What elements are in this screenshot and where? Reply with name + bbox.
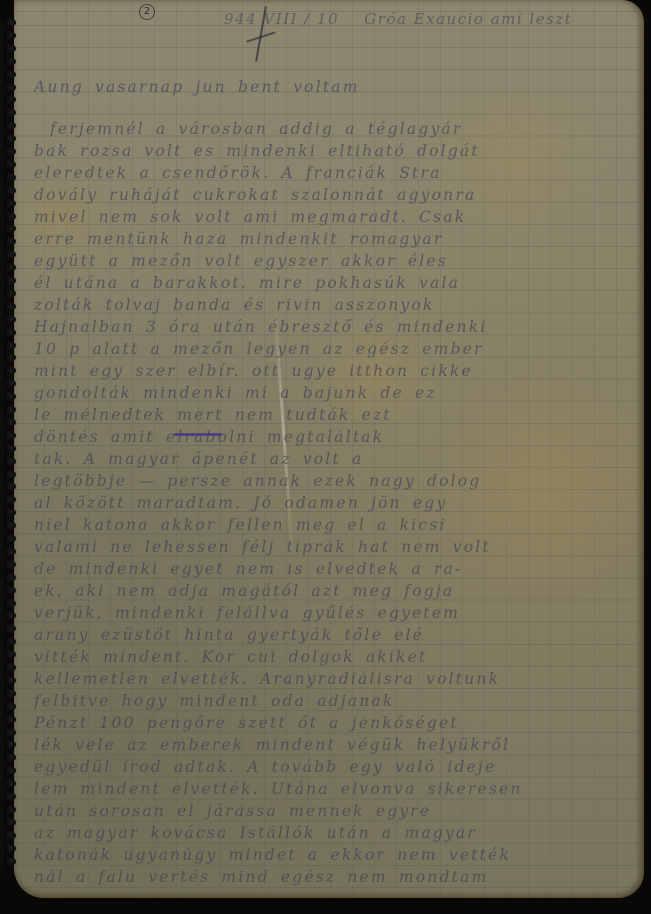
spiral-coil (2, 663, 16, 672)
text-line: erre mentünk haza mindenkit romagyar (34, 230, 639, 248)
spiral-coil (2, 431, 16, 440)
spiral-coil (2, 753, 16, 762)
text-line: ferjemnél a városban addig a téglagyár (50, 120, 644, 138)
text-line: le mélnedtek mert nem tudták ezt (34, 406, 639, 424)
spiral-coil (2, 328, 16, 337)
spiral-coil (2, 173, 16, 182)
purple-dash-mark (174, 433, 222, 436)
spiral-coil (2, 470, 16, 479)
scan-frame: 2 944 VIII / 10 Gróa Exaucio ami leszt A… (0, 0, 651, 914)
spiral-coil (2, 289, 16, 298)
text-line: az magyar kovácsa Istállók után a magyar (34, 824, 639, 842)
spiral-coil (2, 573, 16, 582)
text-line: felbitve hogy mindent oda adjanak (34, 692, 639, 710)
text-line: Hajnalban 3 óra után ébresztő és mindenk… (34, 318, 639, 336)
spiral-coil (2, 405, 16, 414)
spiral-coil (2, 121, 16, 130)
spiral-coil (2, 18, 16, 27)
spiral-coil (2, 353, 16, 362)
spiral-coil (2, 224, 16, 233)
spiral-binding (0, 18, 24, 868)
text-line: dovály ruháját cukrokat szalonnát agyonr… (34, 186, 639, 204)
spiral-coil (2, 521, 16, 530)
spiral-coil (2, 57, 16, 66)
spiral-coil (2, 263, 16, 272)
spiral-coil (2, 212, 16, 221)
spiral-coil (2, 676, 16, 685)
text-line: nál a falu vertés mind egész nem mondtam (34, 868, 639, 886)
spiral-coil (2, 70, 16, 79)
text-line: ek, aki nem adja magától azt meg fogja (34, 582, 639, 600)
spiral-coil (2, 650, 16, 659)
spiral-coil (2, 250, 16, 259)
text-line: döntés amit elrabolni megtaláltak (34, 428, 639, 446)
spiral-coil (2, 341, 16, 350)
spiral-coil (2, 805, 16, 814)
spiral-coil (2, 534, 16, 543)
text-line: Aung vasarnap jun bent voltam (34, 78, 639, 96)
spiral-coil (2, 379, 16, 388)
spiral-coil (2, 715, 16, 724)
spiral-coil (2, 95, 16, 104)
spiral-coil (2, 740, 16, 749)
spiral-coil (2, 134, 16, 143)
spiral-coil (2, 366, 16, 375)
notebook-page: 2 944 VIII / 10 Gróa Exaucio ami leszt A… (14, 0, 644, 898)
text-line: egyedül írod adtak. A tovább egy való id… (34, 758, 639, 776)
text-line: niel katona akkor fellen meg el a kicsi (34, 516, 639, 534)
text-line: lem mindent elvették. Utána elvonva sike… (34, 780, 639, 798)
spiral-coil (2, 624, 16, 633)
handwritten-text: 2 944 VIII / 10 Gróa Exaucio ami leszt A… (14, 0, 644, 898)
spiral-coil (2, 586, 16, 595)
text-line: után sorosan el járassa mennek egyre (34, 802, 639, 820)
text-line: verjük, mindenki felállva gyűlés egyetem (34, 604, 639, 622)
spiral-coil (2, 792, 16, 801)
text-line: katonák ugyanúgy mindet a ekkor nem vett… (34, 846, 639, 864)
spiral-coil (2, 44, 16, 53)
text-line: arany ezüstöt hinta gyertyák tőle elé (34, 626, 639, 644)
text-line: kellemetlen elvették. Aranyradiálisra vo… (34, 670, 639, 688)
spiral-coil (2, 547, 16, 556)
spiral-coil (2, 779, 16, 788)
text-line: legtöbbje — persze annak ezek nagy dolog (34, 472, 639, 490)
text-line: mint egy szer elbír. ott ugye itthon cik… (34, 362, 639, 380)
text-line: lék vele az emberek mindent végük helyük… (34, 736, 639, 754)
spiral-coil (2, 844, 16, 853)
spiral-coil (2, 186, 16, 195)
spiral-coil (2, 482, 16, 491)
spiral-coil (2, 457, 16, 466)
spiral-coil (2, 495, 16, 504)
spiral-coil (2, 599, 16, 608)
header-title: Gróa Exaucio ami leszt (364, 10, 572, 28)
text-line: gondolták mindenki mi a bajunk de ez (34, 384, 639, 402)
text-line: tak. A magyar ápenét az volt a (34, 450, 639, 468)
text-line: zolták tolvaj banda és rivin asszonyok (34, 296, 639, 314)
page-number-circle: 2 (139, 4, 155, 20)
spiral-coil (2, 237, 16, 246)
text-line: valami ne lehessen félj tiprak hat nem v… (34, 538, 639, 556)
spiral-coil (2, 818, 16, 827)
text-line: de mindenki egyet nem is elvedtek a ra- (34, 560, 639, 578)
spiral-coil (2, 560, 16, 569)
text-line: vitték mindent. Kor cui dolgok akiket (34, 648, 639, 666)
spiral-coil (2, 276, 16, 285)
text-line: együtt a mezőn volt egyszer akkor éles (34, 252, 639, 270)
text-line: eleredtek a csendőrök. A franciák Stra (34, 164, 639, 182)
text-line: bak rozsa volt es mindenki eltiható dolg… (34, 142, 639, 160)
spiral-coil (2, 83, 16, 92)
spiral-coil (2, 508, 16, 517)
spiral-coil (2, 315, 16, 324)
spiral-coil (2, 857, 16, 866)
spiral-coil (2, 702, 16, 711)
spiral-coil (2, 302, 16, 311)
spiral-coil (2, 444, 16, 453)
spiral-coil (2, 108, 16, 117)
spiral-coil (2, 147, 16, 156)
text-line: mivel nem sok volt ami megmaradt. Csak (34, 208, 639, 226)
header-date: 944 VIII / 10 (224, 10, 339, 28)
text-line: él utána a barakkot. mire pokhasúk vala (34, 274, 639, 292)
spiral-coil (2, 392, 16, 401)
spiral-coil (2, 728, 16, 737)
spiral-coil (2, 766, 16, 775)
spiral-coil (2, 199, 16, 208)
text-line: Pénzt 100 pengőre szett őt a jenkőséget (34, 714, 639, 732)
spiral-coil (2, 160, 16, 169)
header-line: 944 VIII / 10 Gróa Exaucio ami leszt (224, 10, 572, 28)
spiral-coil (2, 831, 16, 840)
spiral-coil (2, 31, 16, 40)
spiral-coil (2, 637, 16, 646)
spiral-coil (2, 689, 16, 698)
text-line: al között maradtam. Jó odamen jön egy (34, 494, 639, 512)
text-line: 10 p alatt a mezőn legyen az egész ember (34, 340, 639, 358)
spiral-coil (2, 418, 16, 427)
spiral-coil (2, 611, 16, 620)
